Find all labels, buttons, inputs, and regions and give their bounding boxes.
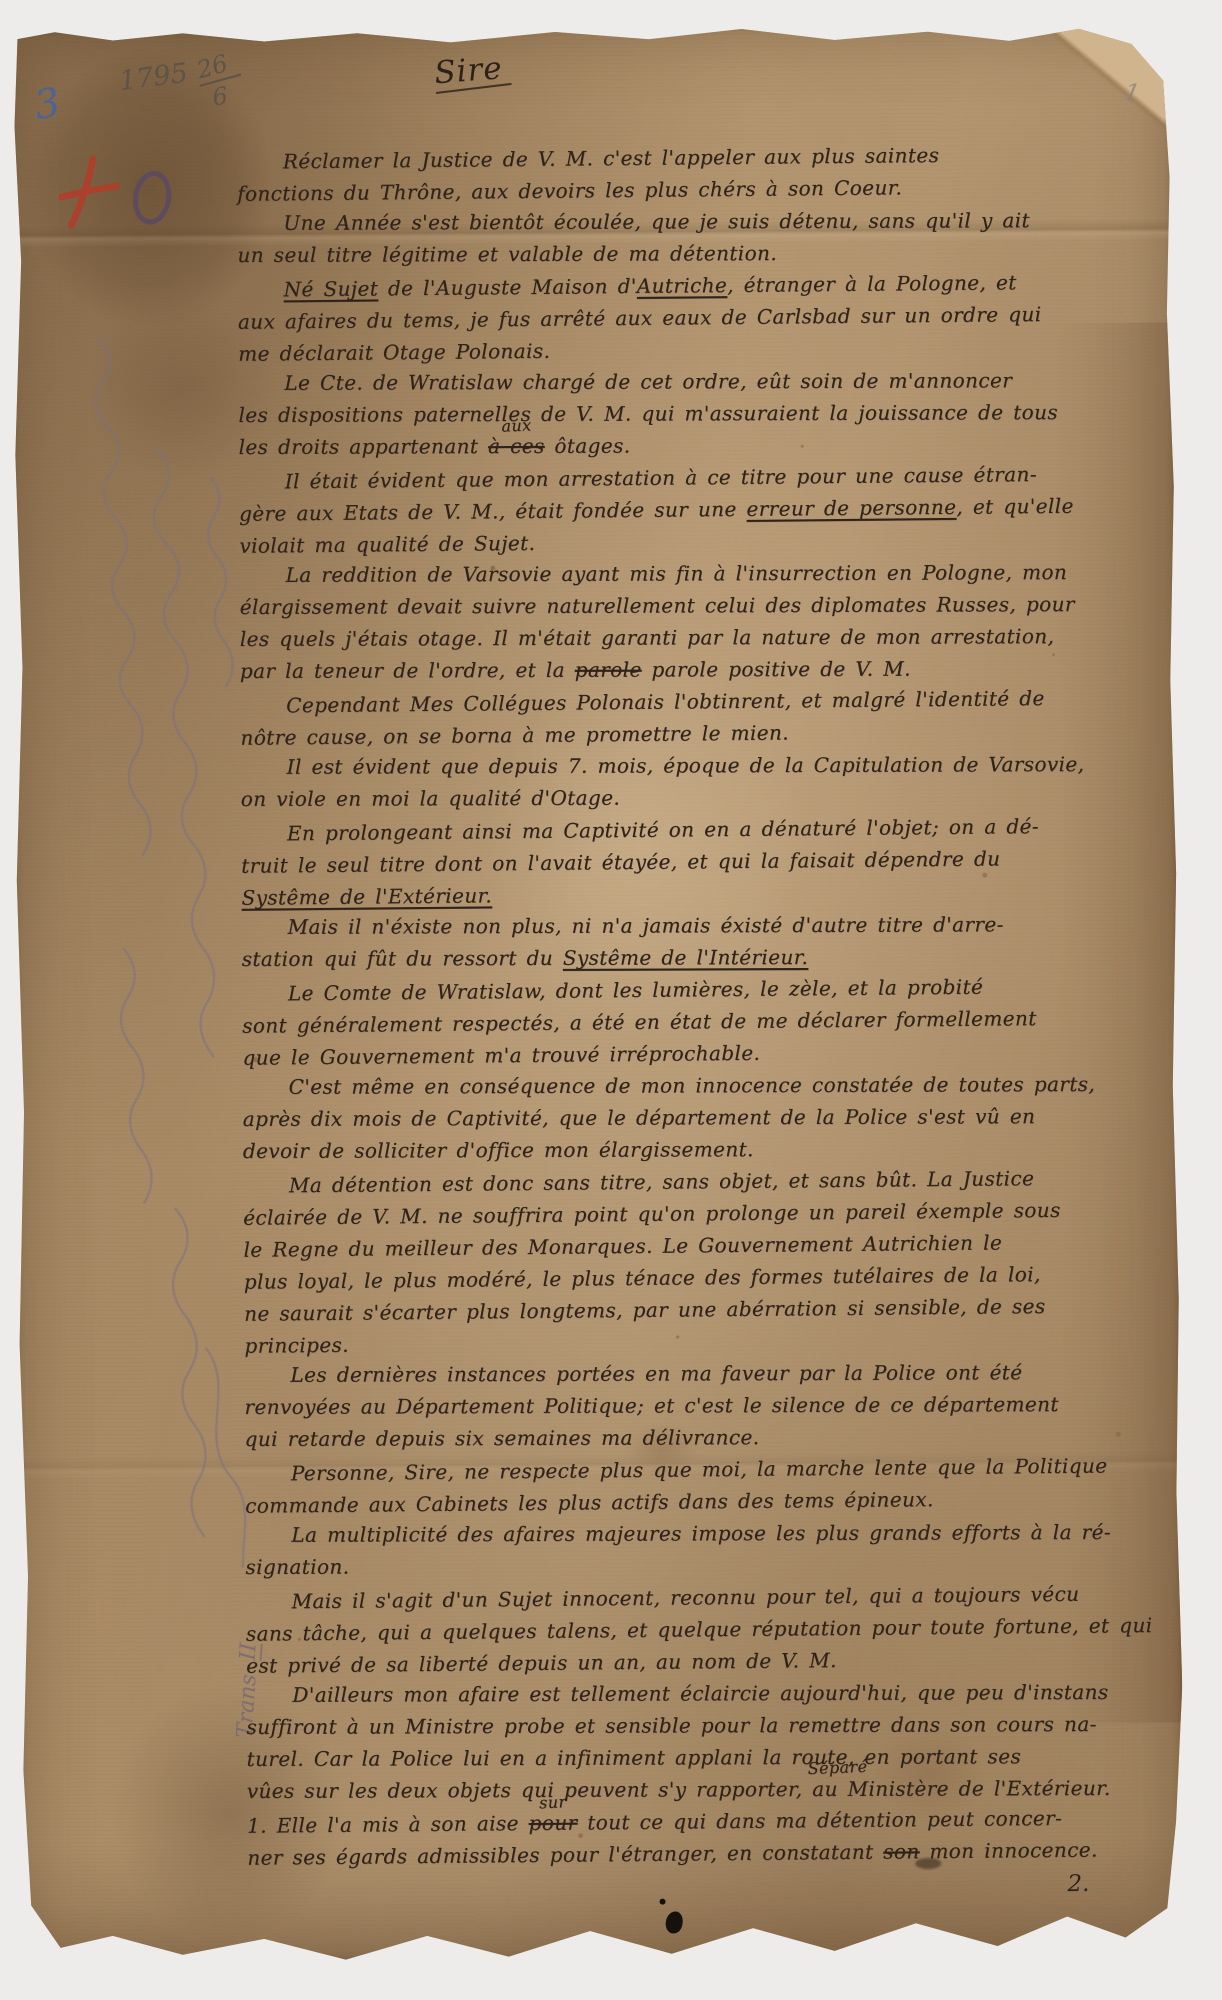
text-line: après dix mois de Captivité, que le dépa… — [243, 1100, 1155, 1135]
text-line: les dispositions paternelles de V. M. qu… — [238, 396, 1150, 431]
paragraph: Les dernières instances portées en ma fa… — [244, 1356, 1156, 1455]
text-line: suffiront à un Ministre probe et sensibl… — [246, 1708, 1158, 1743]
inserted-word: sur — [539, 1794, 567, 1811]
inserted-word: aux — [501, 417, 532, 434]
paragraph: C'est même en conséquence de mon innocen… — [243, 1068, 1155, 1167]
text-line: Il est évident que depuis 7. mois, époqu… — [241, 748, 1153, 783]
text-line: D'ailleurs mon afaire est tellement écla… — [246, 1676, 1158, 1711]
paragraph: Cependant Mes Collégues Polonais l'obtin… — [240, 681, 1153, 754]
correction: Séparéau Ministère de l'Extérieur. — [812, 1776, 1111, 1801]
struck-word: son — [883, 1839, 920, 1863]
text-line: Une Année s'est bientôt écoulée, que je … — [237, 204, 1149, 239]
page-number: 2. — [1067, 1871, 1089, 1897]
paragraph: La multiplicité des afaires majeures imp… — [245, 1516, 1157, 1583]
pencil-date-fraction: 26 6 — [194, 51, 243, 111]
purple-zero-mark — [129, 168, 175, 227]
struck-word: pour — [528, 1811, 577, 1835]
salutation-sire: Sire — [433, 50, 504, 91]
text-line: C'est même en conséquence de mon innocen… — [243, 1068, 1155, 1103]
folded-corner — [1040, 22, 1173, 135]
text-line: Les dernières instances portées en ma fa… — [244, 1356, 1156, 1391]
paragraph: Le Comte de Wratislaw, dont les lumières… — [242, 969, 1155, 1074]
text-line: les quels j'étais otage. Il m'était gara… — [240, 620, 1152, 655]
paragraph: Il est évident que depuis 7. mois, époqu… — [241, 748, 1153, 815]
blue-crayon-number: 3 — [31, 79, 64, 129]
manuscript-page: 1795 26 6 3 1 Trans II Sire Réclamer la … — [8, 22, 1184, 1963]
text-line: Mais il n'éxiste non plus, ni n'a jamais… — [242, 908, 1154, 943]
inserted-word: Séparé — [808, 1759, 868, 1777]
struck-word: à ces — [488, 434, 545, 458]
paragraph: Personne, Sire, ne respecte plus que moi… — [245, 1449, 1158, 1522]
pencil-date-mark: 1795 26 6 — [117, 51, 242, 121]
paragraph: Le Cte. de Wratislaw chargé de cet ordre… — [238, 364, 1150, 463]
paragraph: Né Sujet de l'Auguste Maison d'Autriche,… — [237, 265, 1150, 370]
paragraph: Il était évident que mon arrestation à c… — [239, 457, 1152, 562]
paragraph: Ma détention est donc sans titre, sans o… — [243, 1161, 1157, 1362]
paragraph: Réclamer la Justice de V. M. c'est l'app… — [237, 137, 1150, 210]
paragraph: Mais il s'agit d'un Sujet innocent, reco… — [245, 1577, 1158, 1682]
struck-word: parole — [575, 658, 642, 682]
text-line: La multiplicité des afaires majeures imp… — [245, 1516, 1157, 1551]
text-line: turel. Car la Police lui en a infiniment… — [247, 1740, 1159, 1775]
pencil-marginalia-scribbles — [50, 308, 258, 1569]
text-line: renvoyées au Département Politique; et c… — [244, 1388, 1156, 1423]
paragraph: 1. Elle l'a mis à son aise surpour tout … — [247, 1801, 1160, 1874]
petition-body: Réclamer la Justice de V. M. c'est l'app… — [237, 139, 1160, 1873]
text-line: Le Cte. de Wratislaw chargé de cet ordre… — [238, 364, 1150, 399]
pencil-year: 1795 — [117, 58, 189, 98]
paragraph: Une Année s'est bientôt écoulée, que je … — [237, 204, 1149, 271]
text-line: La reddition de Varsovie ayant mis fin à… — [240, 556, 1152, 591]
text-line: élargissement devait suivre naturellemen… — [240, 588, 1152, 623]
paragraph: D'ailleurs mon afaire est tellement écla… — [246, 1676, 1158, 1807]
correction: surpour — [528, 1811, 577, 1835]
paragraph: Mais il n'éxiste non plus, ni n'a jamais… — [242, 908, 1154, 975]
paragraph: En prolongeant ainsi ma Captivité on en … — [241, 809, 1154, 914]
paragraph: La reddition de Varsovie ayant mis fin à… — [240, 556, 1152, 687]
red-cross-mark — [59, 155, 119, 230]
ink-blot — [666, 1911, 683, 1933]
correction: auxà ces — [488, 434, 545, 458]
